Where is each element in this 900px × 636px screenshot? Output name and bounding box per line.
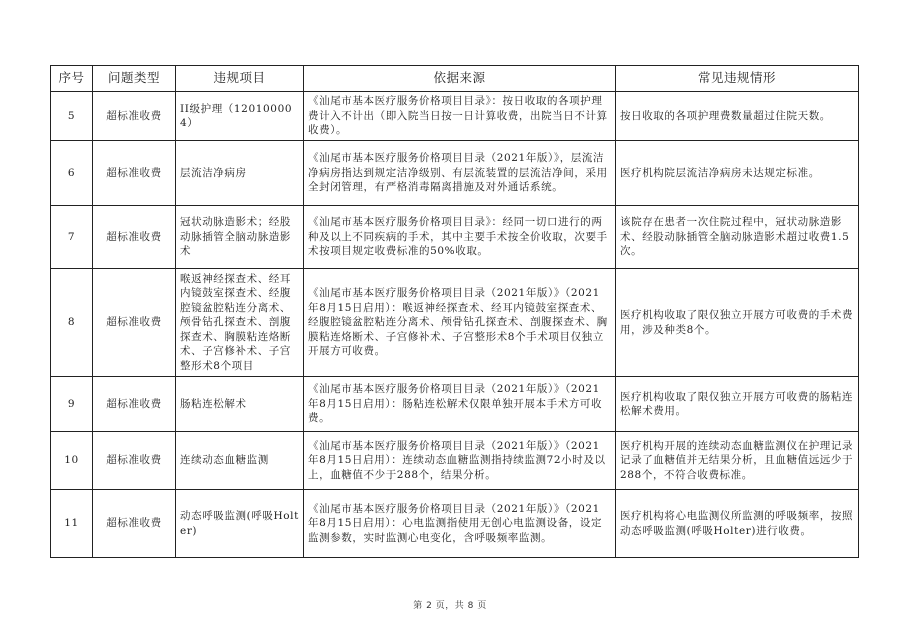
header-serial-no: 序号 bbox=[51, 66, 93, 92]
cell-violation-item: 喉返神经探查术、经耳内镜鼓室探查术、经腹腔镜盆腔粘连分离术、颅骨钻孔探查术、剖腹… bbox=[176, 269, 304, 377]
cell-serial-no: 9 bbox=[51, 377, 93, 432]
cell-violation-item: 连续动态血糖监测 bbox=[176, 432, 304, 490]
page-number-footer: 第 2 页，共 8 页 bbox=[0, 598, 900, 611]
table-row: 10 超标准收费 连续动态血糖监测 《汕尾市基本医疗服务价格项目目录（2021年… bbox=[51, 432, 859, 490]
cell-issue-type: 超标准收费 bbox=[93, 490, 176, 558]
cell-common-situation: 医疗机构收取了限仅独立开展方可收费的肠粘连松解术费用。 bbox=[616, 377, 859, 432]
cell-basis-source: 《汕尾市基本医疗服务价格项目目录（2021年版）》，层流洁净病房指达到规定洁净级… bbox=[304, 141, 616, 206]
cell-issue-type: 超标准收费 bbox=[93, 377, 176, 432]
cell-basis-source: 《汕尾市基本医疗服务价格项目目录》：按日收取的各项护理费计入不计出（即入院当日按… bbox=[304, 92, 616, 141]
table-row: 9 超标准收费 肠粘连松解术 《汕尾市基本医疗服务价格项目目录（2021年版）》… bbox=[51, 377, 859, 432]
cell-issue-type: 超标准收费 bbox=[93, 269, 176, 377]
cell-basis-source: 《汕尾市基本医疗服务价格项目目录（2021年版）》（2021年8月15日启用）：… bbox=[304, 269, 616, 377]
cell-common-situation: 该院存在患者一次住院过程中，冠状动脉造影术、经股动脉插管全脑动脉造影术超过收费1… bbox=[616, 206, 859, 269]
table-row: 8 超标准收费 喉返神经探查术、经耳内镜鼓室探查术、经腹腔镜盆腔粘连分离术、颅骨… bbox=[51, 269, 859, 377]
table-header-row: 序号 问题类型 违规项目 依据来源 常见违规情形 bbox=[51, 66, 859, 92]
cell-violation-item: 冠状动脉造影术；经股动脉插管全脑动脉造影术 bbox=[176, 206, 304, 269]
table-row: 11 超标准收费 动态呼吸监测(呼吸Holter) 《汕尾市基本医疗服务价格项目… bbox=[51, 490, 859, 558]
cell-common-situation: 医疗机构院层流洁净病房未达规定标准。 bbox=[616, 141, 859, 206]
table-row: 5 超标准收费 II级护理（120100004） 《汕尾市基本医疗服务价格项目目… bbox=[51, 92, 859, 141]
cell-common-situation: 医疗机构收取了限仅独立开展方可收费的手术费用，涉及种类8个。 bbox=[616, 269, 859, 377]
cell-common-situation: 医疗机构开展的连续动态血糖监测仪在护理记录记录了血糖值并无结果分析，且血糖值远远… bbox=[616, 432, 859, 490]
cell-basis-source: 《汕尾市基本医疗服务价格项目目录（2021年版）》（2021年8月15日启用）：… bbox=[304, 432, 616, 490]
cell-serial-no: 7 bbox=[51, 206, 93, 269]
cell-serial-no: 10 bbox=[51, 432, 93, 490]
cell-basis-source: 《汕尾市基本医疗服务价格项目目录（2021年版）》（2021年8月15日启用）：… bbox=[304, 377, 616, 432]
header-violation-item: 违规项目 bbox=[176, 66, 304, 92]
cell-serial-no: 6 bbox=[51, 141, 93, 206]
cell-basis-source: 《汕尾市基本医疗服务价格项目目录（2021年版）》（2021年8月15日启用）：… bbox=[304, 490, 616, 558]
document-page: 序号 问题类型 违规项目 依据来源 常见违规情形 5 超标准收费 II级护理（1… bbox=[0, 0, 900, 636]
cell-basis-source: 《汕尾市基本医疗服务价格项目目录》：经同一切口进行的两种及以上不同疾病的手术，其… bbox=[304, 206, 616, 269]
cell-serial-no: 5 bbox=[51, 92, 93, 141]
cell-violation-item: II级护理（120100004） bbox=[176, 92, 304, 141]
cell-issue-type: 超标准收费 bbox=[93, 432, 176, 490]
header-common-situation: 常见违规情形 bbox=[616, 66, 859, 92]
table-row: 6 超标准收费 层流洁净病房 《汕尾市基本医疗服务价格项目目录（2021年版）》… bbox=[51, 141, 859, 206]
cell-violation-item: 动态呼吸监测(呼吸Holter) bbox=[176, 490, 304, 558]
cell-serial-no: 11 bbox=[51, 490, 93, 558]
cell-issue-type: 超标准收费 bbox=[93, 92, 176, 141]
violations-table: 序号 问题类型 违规项目 依据来源 常见违规情形 5 超标准收费 II级护理（1… bbox=[50, 65, 859, 558]
cell-serial-no: 8 bbox=[51, 269, 93, 377]
cell-issue-type: 超标准收费 bbox=[93, 141, 176, 206]
table-row: 7 超标准收费 冠状动脉造影术；经股动脉插管全脑动脉造影术 《汕尾市基本医疗服务… bbox=[51, 206, 859, 269]
header-basis-source: 依据来源 bbox=[304, 66, 616, 92]
cell-common-situation: 医疗机构将心电监测仪所监测的呼吸频率，按照动态呼吸监测(呼吸Holter)进行收… bbox=[616, 490, 859, 558]
cell-common-situation: 按日收取的各项护理费数量超过住院天数。 bbox=[616, 92, 859, 141]
header-issue-type: 问题类型 bbox=[93, 66, 176, 92]
cell-issue-type: 超标准收费 bbox=[93, 206, 176, 269]
cell-violation-item: 层流洁净病房 bbox=[176, 141, 304, 206]
cell-violation-item: 肠粘连松解术 bbox=[176, 377, 304, 432]
